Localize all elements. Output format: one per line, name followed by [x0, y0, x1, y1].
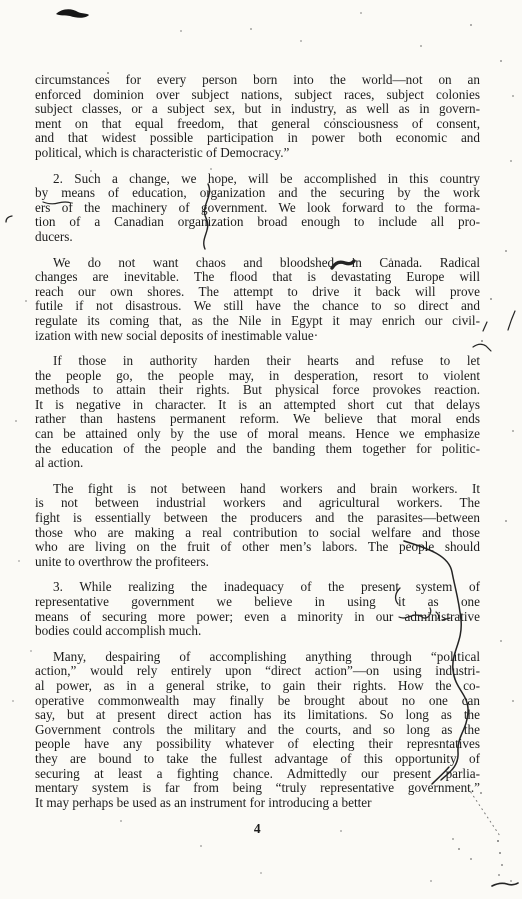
- text-line: operative commonwealth may finally be br…: [35, 694, 480, 709]
- text-line: and that widest possible participation i…: [35, 131, 480, 146]
- text-line: ducers.: [35, 230, 480, 245]
- text-line: reach our own shores. The attempt to dri…: [35, 285, 480, 300]
- text-line: The fight is not between hand workers an…: [35, 482, 480, 497]
- text-line: means of securing more power; even a min…: [35, 610, 480, 625]
- text-line: fight is essentially between the produce…: [35, 511, 480, 526]
- text-line: 2. Such a change, we hope, will be accom…: [35, 172, 480, 187]
- paragraph: 3. While realizing the inadequacy of the…: [35, 580, 480, 638]
- text-line: they are bound to take the fullest advan…: [35, 752, 480, 767]
- text-line: changes are inevitable. The flood that i…: [35, 270, 480, 285]
- text-line: say, but at present direct action has it…: [35, 708, 480, 723]
- text-line: action,” would rely entirely upon “direc…: [35, 664, 480, 679]
- text-line: al action.: [35, 456, 480, 471]
- page-text: circumstances for every person born into…: [35, 73, 480, 837]
- text-line: Many, despairing of accomplishing anythi…: [35, 650, 480, 665]
- text-line: regulate its coming that, as the Nile in…: [35, 314, 480, 329]
- text-line: al power, as in a general strike, to gai…: [35, 679, 480, 694]
- text-line: the people go, the people may, in desper…: [35, 369, 480, 384]
- text-line: bodies could accomplish much.: [35, 624, 480, 639]
- paper-specks: [0, 0, 2, 2]
- paragraph: We do not want chaos and bloodshed in Ca…: [35, 256, 480, 344]
- text-line: rather than hastens permanent reform. We…: [35, 412, 480, 427]
- text-line: tion of a Canadian organization broad en…: [35, 215, 480, 230]
- text-line: subject classes, or a subject sex, but i…: [35, 102, 480, 117]
- text-line: the education of the people and the band…: [35, 442, 480, 457]
- text-line: by means of education, organization and …: [35, 186, 480, 201]
- text-line: mentary system is far from being “truly …: [35, 781, 480, 796]
- paragraph: The fight is not between hand workers an…: [35, 482, 480, 570]
- text-line: ment on that equal freedom, that general…: [35, 117, 480, 132]
- text-line: those who are making a real contribution…: [35, 526, 480, 541]
- text-line: ization with new social deposits of ines…: [35, 329, 480, 344]
- text-line: If those in authority harden their heart…: [35, 354, 480, 369]
- text-line: people have any possibility whatever of …: [35, 737, 480, 752]
- bottom-right-scratch: [492, 883, 518, 886]
- text-line: unite to overthrow the profiteers.: [35, 555, 480, 570]
- paragraph: 2. Such a change, we hope, will be accom…: [35, 172, 480, 245]
- text-line: enforced dominion over subject nations, …: [35, 88, 480, 103]
- text-line: It may perhaps be used as an instrument …: [35, 796, 480, 811]
- text-line: who are living on the fruit of other men…: [35, 540, 480, 555]
- ink-smudge-top-left: [56, 9, 89, 18]
- text-line: securing at least a fighting chance. Adm…: [35, 767, 480, 782]
- text-line: political, which is characteristic of De…: [35, 146, 480, 161]
- paragraph: Many, despairing of accomplishing anythi…: [35, 650, 480, 811]
- paragraph: circumstances for every person born into…: [35, 73, 480, 161]
- text-line: It is negative in character. It is an at…: [35, 398, 480, 413]
- text-line: is not between industrial workers and ag…: [35, 496, 480, 511]
- text-line: ers of the machinery of government. We l…: [35, 201, 480, 216]
- text-line: futile if not disastrous. We still have …: [35, 299, 480, 314]
- paragraph: If those in authority harden their heart…: [35, 354, 480, 471]
- text-line: We do not want chaos and bloodshed in Ca…: [35, 256, 480, 271]
- text-line: 3. While realizing the inadequacy of the…: [35, 580, 480, 595]
- scanned-page: circumstances for every person born into…: [0, 0, 522, 899]
- page-number: 4: [35, 821, 480, 837]
- left-margin-tick: [6, 216, 12, 222]
- text-line: Government controls the military and the…: [35, 723, 480, 738]
- right-margin-slash: [508, 311, 515, 330]
- text-line: methods to attain their rights. But phys…: [35, 383, 480, 398]
- text-line: circumstances for every person born into…: [35, 73, 480, 88]
- text-line: representative government we believe in …: [35, 595, 480, 610]
- text-line: can be attained only by the use of moral…: [35, 427, 480, 442]
